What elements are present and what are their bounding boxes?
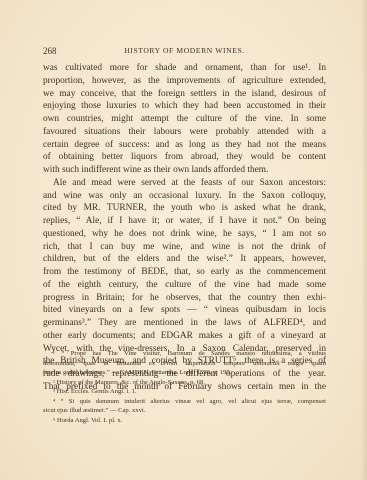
body-line: of the eighth century, the culture of th… [43, 279, 326, 292]
body-line: other early documents; and EDGAR makes a… [43, 330, 326, 343]
body-line: certain degree of success: and as long a… [43, 139, 326, 152]
body-line: and wine was only an occasional luxury. … [43, 190, 326, 203]
page-edge-shadow [361, 0, 367, 480]
footnote-line: sicut ejus illud æstimet.” — Cap. xxvi. [43, 406, 326, 416]
body-line: with such indifferent wine as their own … [43, 164, 326, 177]
footnote-line: ³ Hist. Eccles. Gentis Angl. i. 1. [43, 387, 326, 397]
footnote-line: ² History of the Manners, &c. of the Ang… [43, 378, 326, 388]
body-line: of obtaining better liquors from abroad,… [43, 151, 326, 164]
footnote-line: fructus gratiâ habuimus.” — CAMDEN, Brit… [43, 368, 326, 378]
body-line: was cultivated more for shade and orname… [43, 62, 326, 75]
body-line: replies, “ Ale, if I have it; or water, … [43, 215, 326, 228]
book-page: 268 HISTORY OF MODERN WINES. was cultiva… [0, 0, 367, 480]
body-line: from the testimony of BEDE, that, so ear… [43, 266, 326, 279]
page-header: 268 HISTORY OF MODERN WINES. [43, 46, 326, 58]
body-line: own countries, might attempt the culture… [43, 113, 326, 126]
running-title: HISTORY OF MODERN WINES. [43, 46, 326, 55]
body-line: germinans³.” They are mentioned in the l… [43, 317, 326, 330]
body-line: bited vineyards on a few spots — “ vinea… [43, 304, 326, 317]
footnote-line: denominata, quas in Britannia ex Probi I… [43, 359, 326, 369]
body-line: we may conceive, that the foreign settle… [43, 88, 326, 101]
body-line: cited by MR. TURNER, the youth who is as… [43, 202, 326, 215]
body-line: rich, that I can buy me wine, and wine i… [43, 241, 326, 254]
footnotes: ¹ “ Propè has The Vine visitur, Baronum … [43, 349, 326, 425]
footnote-line: ⁴ “ Si quis damnum intulerit alterius vi… [43, 397, 326, 407]
footnote-line: ⁵ Horda Angl. Vol. I. pl. x. [43, 416, 326, 426]
body-line: questioned, why he does not drink wine, … [43, 228, 326, 241]
body-line: favoured situations their labours were p… [43, 126, 326, 139]
body-line: progress in Britain; for he observes, th… [43, 292, 326, 305]
body-line: enjoying those luxuries to which they ha… [43, 100, 326, 113]
footnote-line: ¹ “ Propè has The Vine visitur, Baronum … [43, 349, 326, 359]
body-text: was cultivated more for shade and orname… [43, 62, 326, 394]
body-line: proportion, however, as the improvements… [43, 75, 326, 88]
body-line: children, but of the elders and the wise… [43, 253, 326, 266]
body-line: Ale and mead were served at the feasts o… [43, 177, 326, 190]
